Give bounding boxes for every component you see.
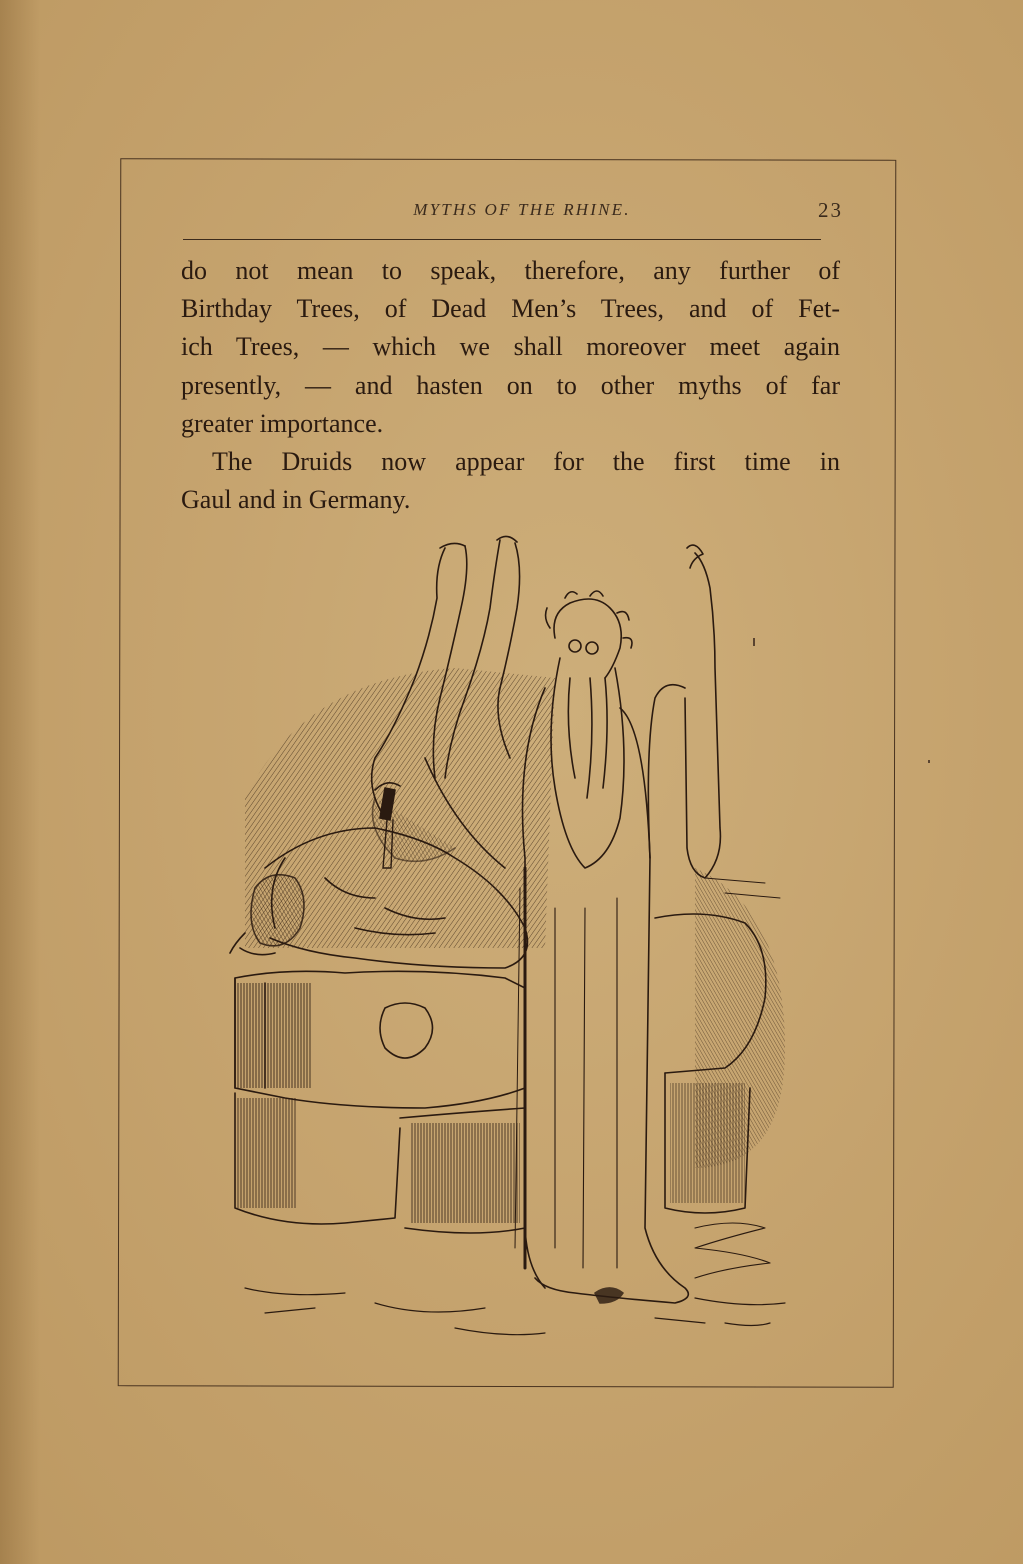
page-gutter-shadow xyxy=(0,0,40,1564)
text-line: Gaul and in Germany. xyxy=(181,481,840,519)
text-line: ich Trees, — which we shall moreover mee… xyxy=(181,328,840,366)
body-text: do not mean to speak, therefore, any fur… xyxy=(181,252,840,519)
druid-sacrifice-illustration xyxy=(225,528,805,1348)
paragraph-1: do not mean to speak, therefore, any fur… xyxy=(181,252,840,443)
text-line: greater importance. xyxy=(181,405,840,443)
paragraph-2: The Druids now appear for the first time… xyxy=(181,443,840,519)
print-speck xyxy=(928,760,930,763)
engraving-icon xyxy=(225,528,805,1348)
print-speck xyxy=(753,638,755,646)
running-head-title: MYTHS OF THE RHINE. xyxy=(181,200,843,220)
text-line: do not mean to speak, therefore, any fur… xyxy=(181,252,840,290)
text-line: The Druids now appear for the first time… xyxy=(181,443,840,481)
running-head-rule xyxy=(183,239,821,240)
text-line: Birthday Trees, of Dead Men’s Trees, and… xyxy=(181,290,840,328)
page-number: 23 xyxy=(818,198,843,223)
text-line: presently, — and hasten on to other myth… xyxy=(181,367,840,405)
running-head: MYTHS OF THE RHINE. 23 xyxy=(181,196,843,232)
